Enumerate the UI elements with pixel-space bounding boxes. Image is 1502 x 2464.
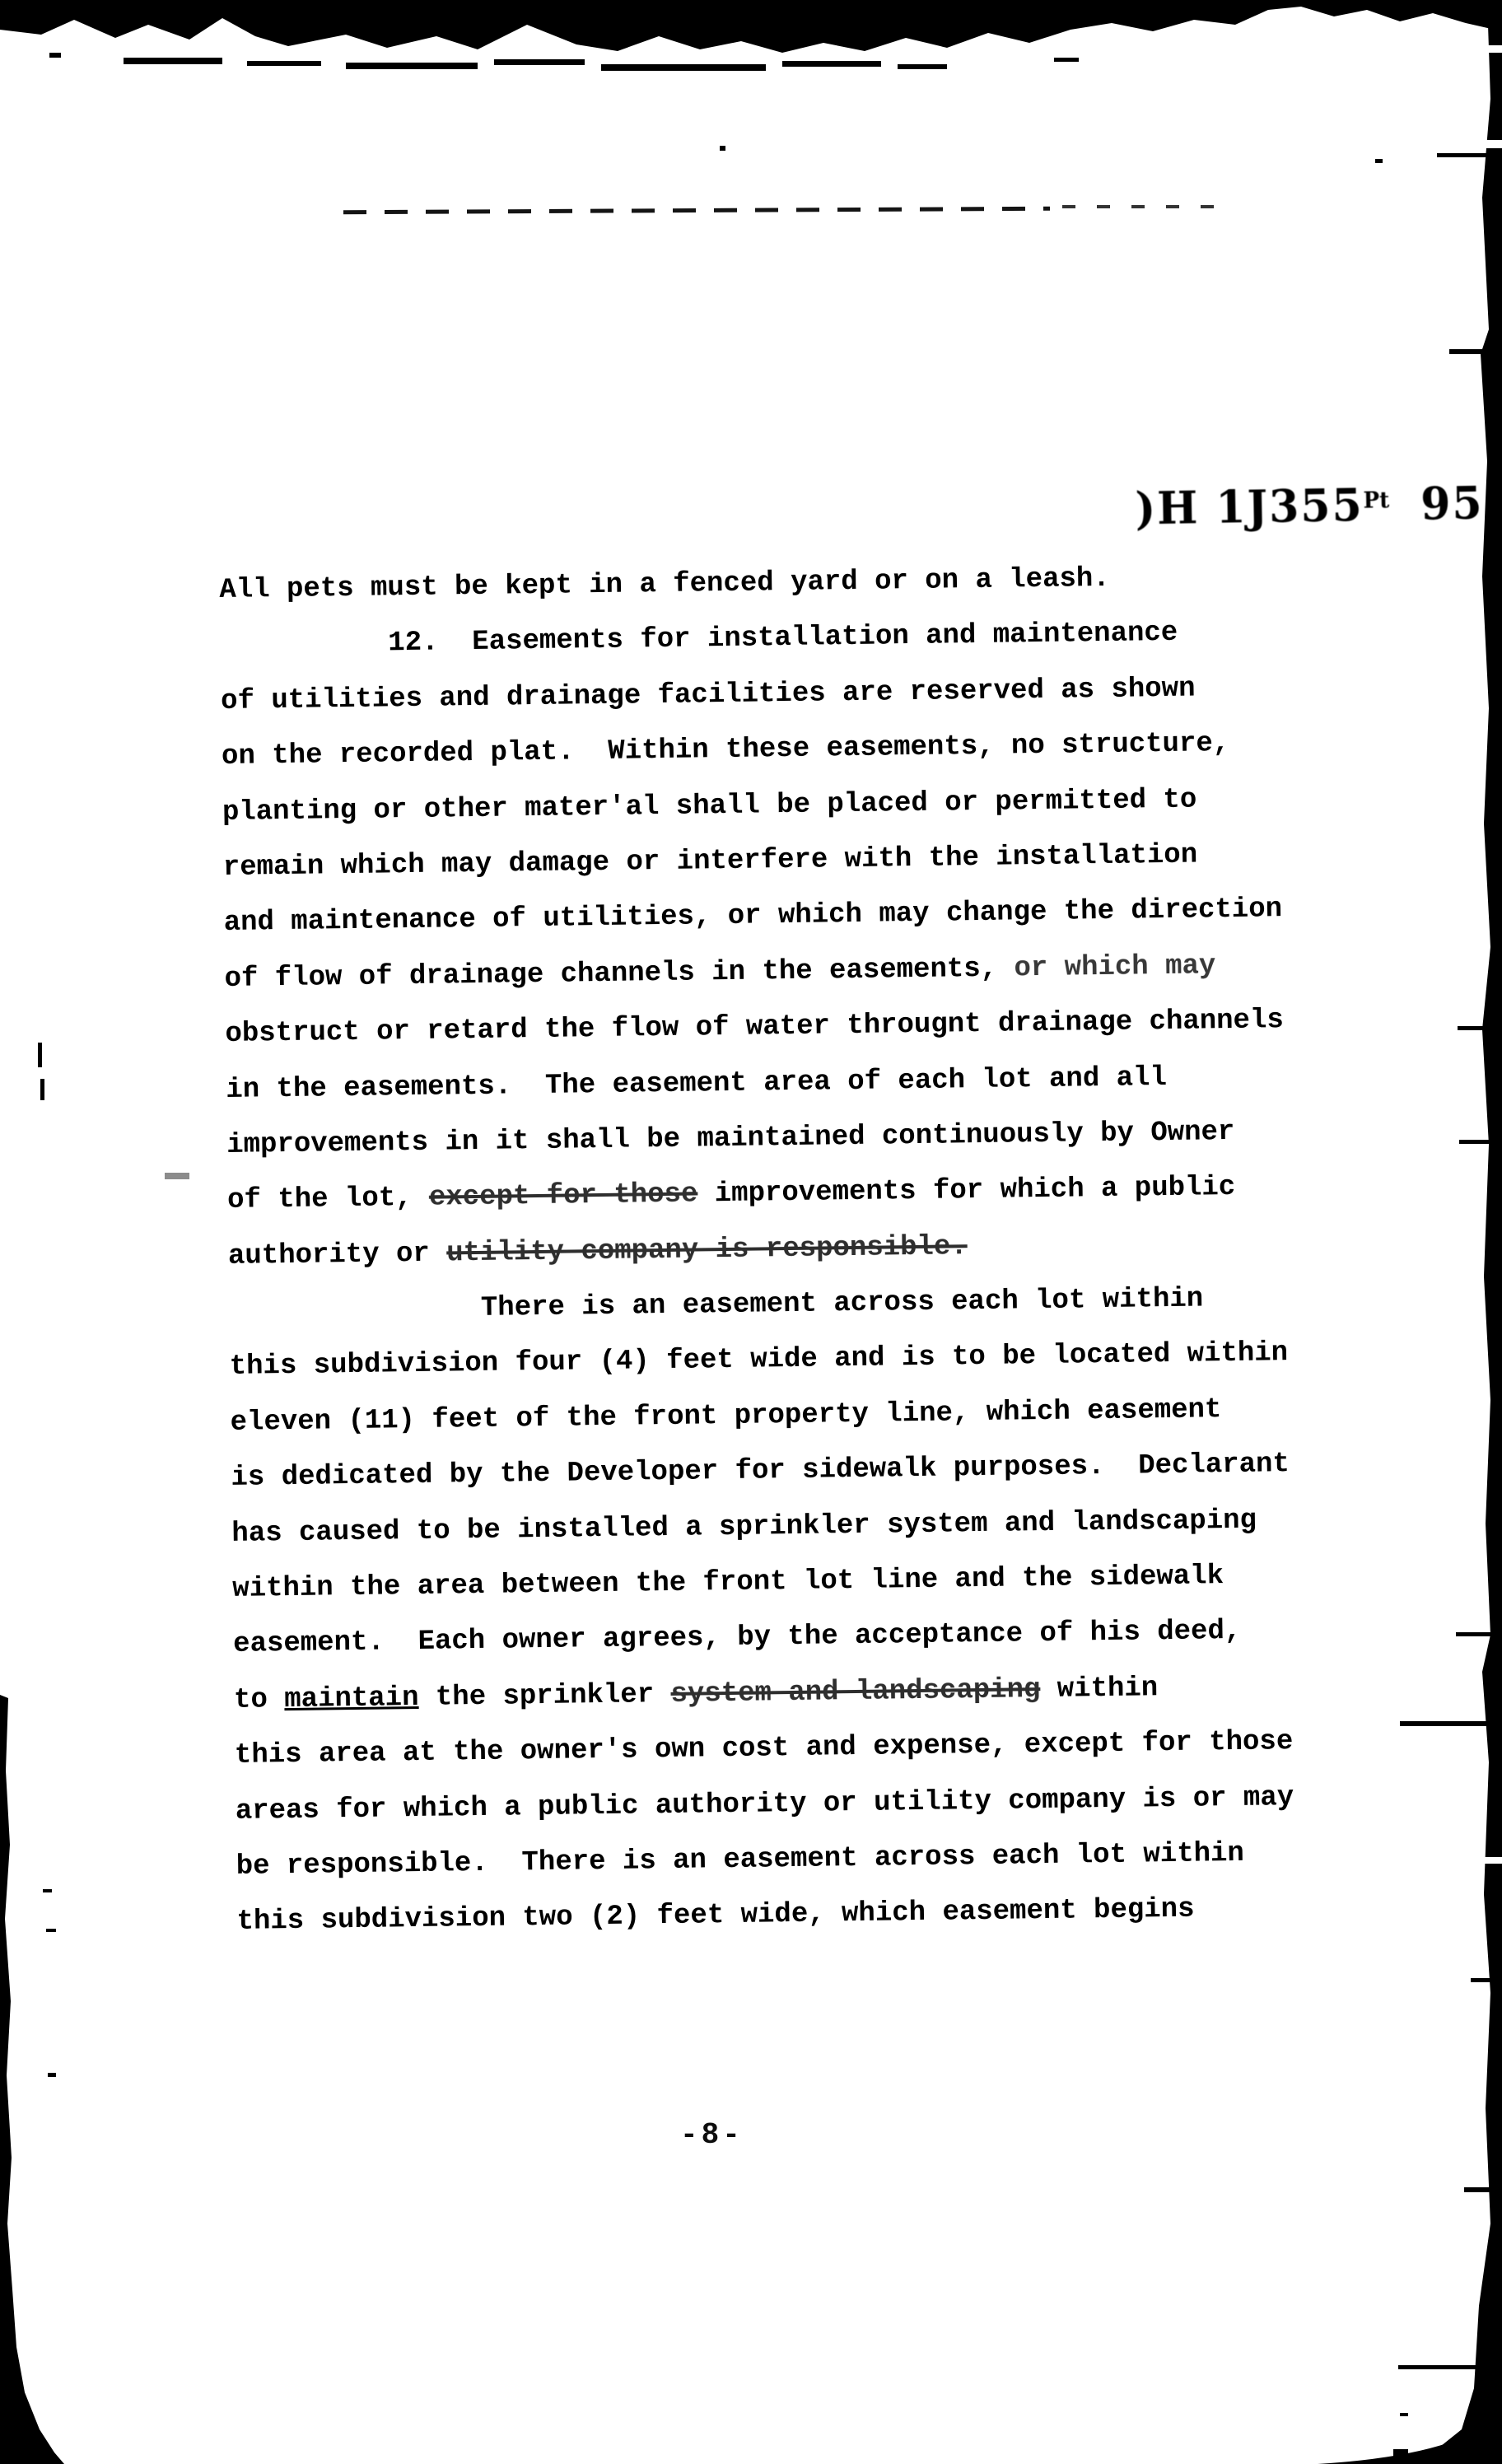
text-segment: in the easements. The easement area of e…: [226, 1062, 1167, 1106]
text-segment: remain which may damage or interfere wit…: [223, 839, 1198, 883]
text-segment: There is an easement across each lot wit…: [481, 1284, 1204, 1324]
text-segment: to: [234, 1684, 285, 1716]
scan-noise-streaks: [49, 53, 1079, 71]
text-segment: planting or other mater'al shall be plac…: [222, 784, 1197, 828]
text-segment: of utilities and drainage facilities are…: [221, 673, 1196, 716]
scan-noise-top-band: [0, 0, 1502, 53]
text-segment: this area at the owner's own cost and ex…: [235, 1726, 1294, 1771]
text-segment: on the recorded plat. Within these easem…: [222, 728, 1230, 772]
text-segment: authority or: [228, 1238, 447, 1272]
stamp-page-number: 951: [1420, 476, 1502, 530]
text-segment: areas for which a public authority or ut…: [236, 1782, 1294, 1827]
scan-bar-right: [1400, 0, 1502, 2464]
recorder-stamp: )Н 1Ј355Pt951: [1135, 476, 1502, 535]
document-text: All pets must be kept in a fenced yard o…: [219, 549, 1332, 1951]
text-segment: All pets must be kept in a fenced yard o…: [219, 563, 1110, 606]
text-segment: improvements in it shall be maintained c…: [226, 1117, 1235, 1161]
text-segment: of flow of drainage channels in the ease…: [224, 953, 1014, 995]
text-segment: obstruct or retard the flow of water thr…: [225, 1005, 1284, 1050]
text-segment: and maintenance of utilities, or which m…: [223, 894, 1282, 939]
text-segment: or which may: [1014, 950, 1215, 984]
text-segment: utility company is responsible.: [446, 1231, 968, 1269]
scan-dashed-line-fragment: [1062, 205, 1235, 208]
text-segment: except for those: [429, 1179, 698, 1214]
text-segment: easement. Each owner agrees, by the acce…: [233, 1616, 1242, 1660]
text-segment: has caused to be installed a sprinkler s…: [231, 1505, 1257, 1549]
scanned-page: )Н 1Ј355Pt951 All pets must be kept in a…: [0, 0, 1502, 2464]
stamp-page-abbrev: Pt: [1363, 488, 1389, 514]
text-segment: improvements for which a public: [697, 1172, 1235, 1211]
text-segment: maintain: [284, 1682, 419, 1715]
text-segment: eleven (11) feet of the front property l…: [230, 1394, 1221, 1439]
page-number: -8-: [680, 2118, 744, 2152]
text-segment: within the area between the front lot li…: [232, 1561, 1224, 1605]
text-segment: of the lot,: [227, 1183, 429, 1216]
text-segment: be responsible. There is an easement acr…: [236, 1838, 1244, 1883]
text-segment: system and landscaping: [670, 1674, 1040, 1710]
scan-bar-left: [0, 1695, 64, 2464]
text-segment: 12. Easements for installation and maint…: [388, 618, 1178, 660]
text-segment: within: [1040, 1673, 1158, 1706]
stamp-book-number: )Н 1Ј355: [1135, 478, 1364, 535]
text-segment: this subdivision two (2) feet wide, whic…: [236, 1894, 1194, 1938]
text-segment: is dedicated by the Developer for sidewa…: [231, 1449, 1290, 1494]
text-segment: the sprinkler: [418, 1679, 671, 1714]
text-segment: this subdivision four (4) feet wide and …: [230, 1338, 1289, 1384]
